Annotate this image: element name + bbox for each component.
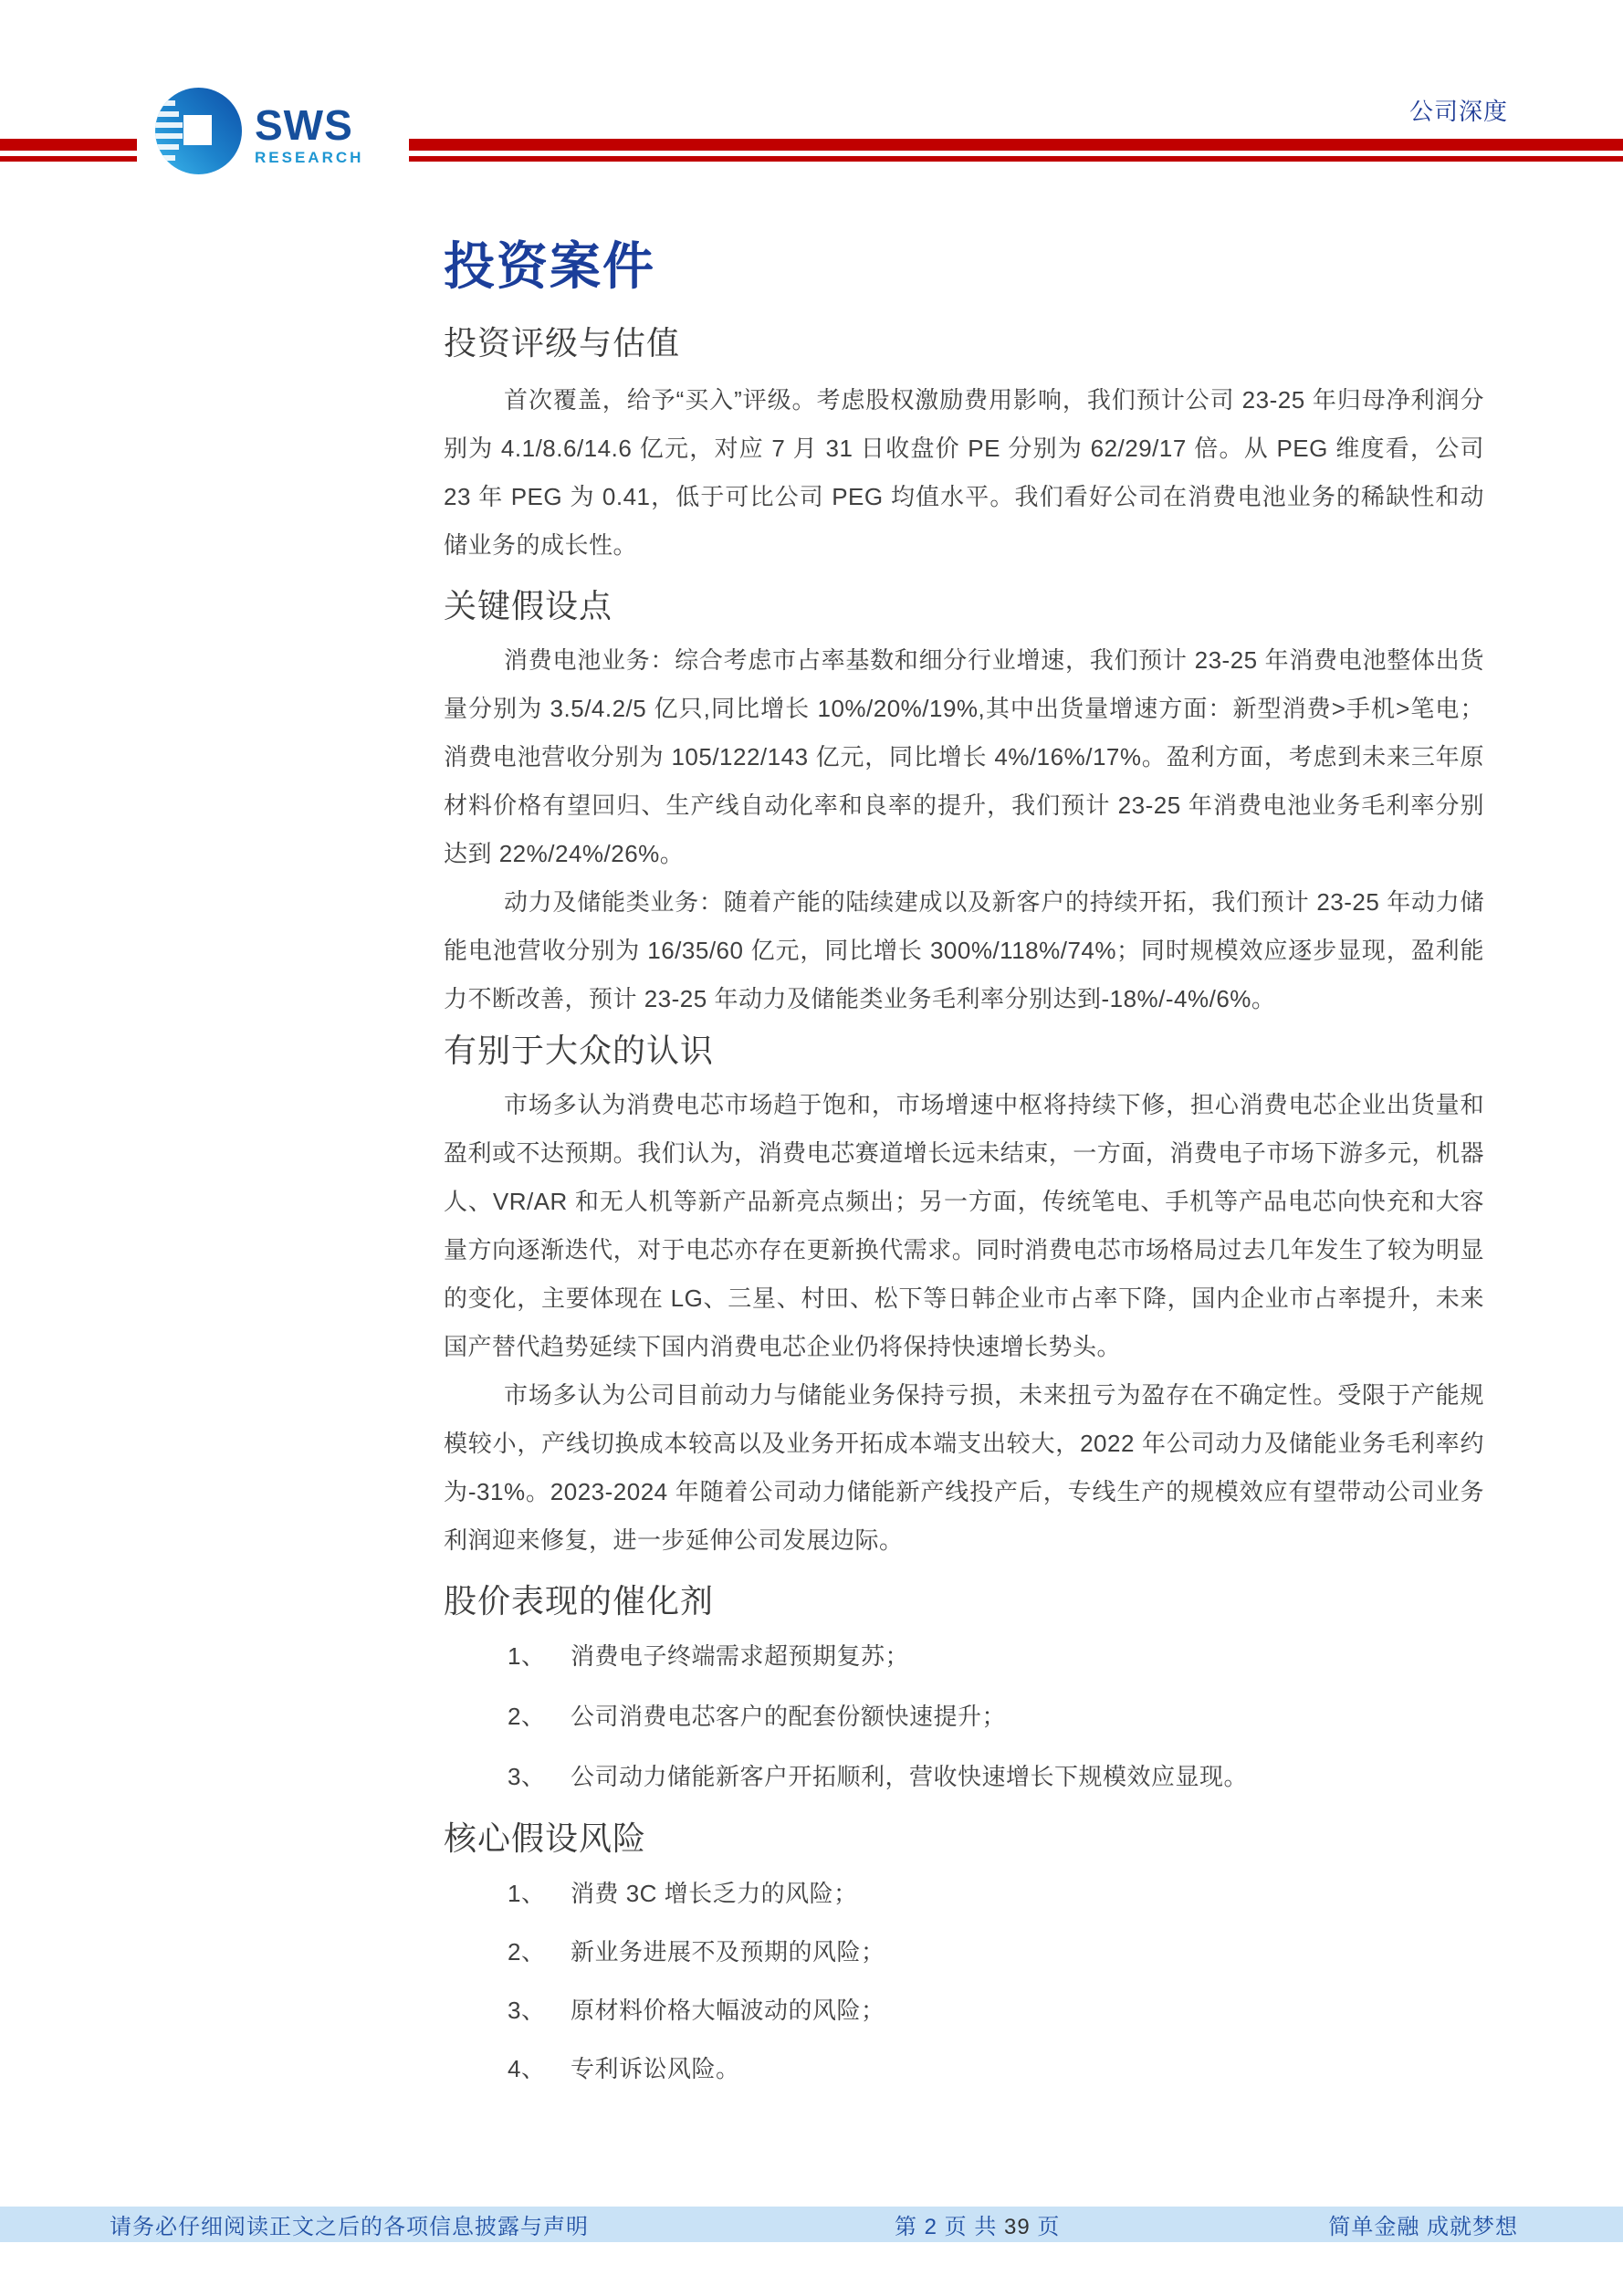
sws-logo-research-label: RESEARCH bbox=[255, 150, 363, 165]
list-item-number: 3、 bbox=[508, 1987, 545, 2035]
paragraph-market-view-1: 市场多认为消费电芯市场趋于饱和，市场增速中枢将持续下修，担心消费电芯企业出货量和… bbox=[444, 1081, 1484, 1371]
header-red-stripe-left-thin bbox=[0, 156, 137, 162]
list-item: 2、 新业务进展不及预期的风险； bbox=[444, 1928, 1484, 1976]
list-item: 1、 消费 3C 增长乏力的风险； bbox=[444, 1870, 1484, 1918]
list-item: 3、 公司动力储能新客户开拓顺利，营收快速增长下规模效应显现。 bbox=[444, 1753, 1484, 1801]
header-red-stripe-left-thick bbox=[0, 139, 137, 151]
list-item-number: 1、 bbox=[508, 1632, 545, 1681]
list-item-number: 1、 bbox=[508, 1870, 545, 1918]
list-item-number: 4、 bbox=[508, 2045, 545, 2093]
catalyst-list: 1、 消费电子终端需求超预期复苏； 2、 公司消费电芯客户的配套份额快速提升； … bbox=[444, 1632, 1484, 1801]
list-item-number: 2、 bbox=[508, 1693, 545, 1741]
risk-list: 1、 消费 3C 增长乏力的风险； 2、 新业务进展不及预期的风险； 3、 原材… bbox=[444, 1870, 1484, 2093]
sws-logo: SWS RESEARCH bbox=[155, 88, 363, 179]
list-item-text: 原材料价格大幅波动的风险； bbox=[571, 1997, 885, 2024]
list-item-text: 专利诉讼风险。 bbox=[571, 2055, 740, 2082]
list-item: 2、 公司消费电芯客户的配套份额快速提升； bbox=[444, 1693, 1484, 1741]
paragraph-rating: 首次覆盖，给予“买入”评级。考虑股权激励费用影响，我们预计公司 23-25 年归… bbox=[444, 376, 1484, 570]
list-item: 1、 消费电子终端需求超预期复苏； bbox=[444, 1632, 1484, 1681]
list-item-text: 消费 3C 增长乏力的风险； bbox=[571, 1880, 858, 1907]
footer-page-number: 第 2 页 共 39 页 bbox=[895, 2208, 1060, 2240]
list-item: 3、 原材料价格大幅波动的风险； bbox=[444, 1987, 1484, 2035]
footer-page-suffix: 页 bbox=[1031, 2215, 1061, 2239]
sws-logo-text: SWS RESEARCH bbox=[255, 104, 363, 165]
footer-slogan: 简单金融 成就梦想 bbox=[1328, 2208, 1518, 2240]
section-heading-differentiated-view: 有别于大众的认识 bbox=[444, 1025, 1484, 1076]
list-item-number: 2、 bbox=[508, 1928, 545, 1976]
paragraph-consumer-battery: 消费电池业务：综合考虑市占率基数和细分行业增速，我们预计 23-25 年消费电池… bbox=[444, 636, 1484, 878]
page-title: 投资案件 bbox=[444, 228, 1484, 305]
footer-page-total: 39 bbox=[1004, 2215, 1031, 2239]
page-footer: 请务必仔细阅读正文之后的各项信息披露与声明 第 2 页 共 39 页 简单金融 … bbox=[0, 2207, 1623, 2242]
section-heading-rating: 投资评级与估值 bbox=[444, 318, 1484, 369]
footer-disclaimer: 请务必仔细阅读正文之后的各项信息披露与声明 bbox=[110, 2208, 589, 2240]
sws-logo-icon bbox=[155, 88, 242, 179]
list-item: 4、 专利诉讼风险。 bbox=[444, 2045, 1484, 2093]
footer-page-prefix: 第 2 页 共 bbox=[895, 2215, 1004, 2239]
list-item-number: 3、 bbox=[508, 1753, 545, 1801]
list-item-text: 新业务进展不及预期的风险； bbox=[571, 1938, 885, 1966]
section-heading-risks: 核心假设风险 bbox=[444, 1813, 1484, 1864]
paragraph-power-storage: 动力及储能类业务：随着产能的陆续建成以及新客户的持续开拓，我们预计 23-25 … bbox=[444, 878, 1484, 1023]
report-body: 投资案件 投资评级与估值 首次覆盖，给予“买入”评级。考虑股权激励费用影响，我们… bbox=[444, 0, 1484, 2103]
list-item-text: 公司消费电芯客户的配套份额快速提升； bbox=[571, 1703, 1006, 1730]
section-heading-assumptions: 关键假设点 bbox=[444, 581, 1484, 632]
section-heading-catalysts: 股价表现的催化剂 bbox=[444, 1576, 1484, 1627]
list-item-text: 公司动力储能新客户开拓顺利，营收快速增长下规模效应显现。 bbox=[571, 1763, 1248, 1790]
report-page: SWS RESEARCH 公司深度 投资案件 投资评级与估值 首次覆盖，给予“买… bbox=[0, 0, 1623, 2296]
paragraph-market-view-2: 市场多认为公司目前动力与储能业务保持亏损，未来扭亏为盈存在不确定性。受限于产能规… bbox=[444, 1371, 1484, 1565]
sws-logo-sws-label: SWS bbox=[255, 104, 363, 146]
list-item-text: 消费电子终端需求超预期复苏； bbox=[571, 1642, 909, 1670]
